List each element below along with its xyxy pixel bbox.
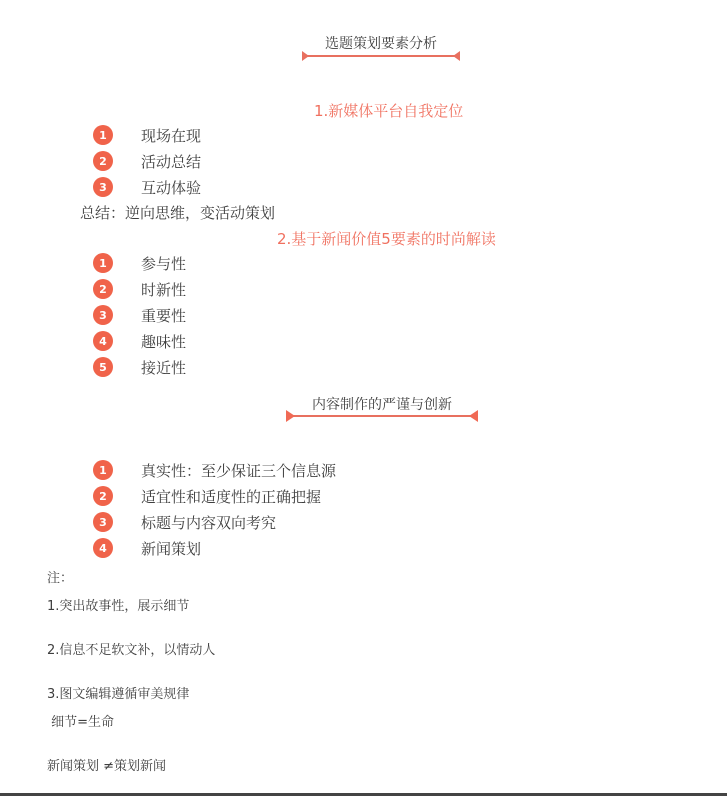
list-item: 3 重要性 (93, 304, 186, 326)
list-item-label: 活动总结 (141, 151, 201, 172)
list-item-label: 现场在现 (141, 125, 201, 146)
list-item: 1 现场在现 (93, 124, 201, 146)
number-badge: 2 (93, 151, 113, 171)
list-item: 4 新闻策划 (93, 537, 201, 559)
list-item: 3 标题与内容双向考究 (93, 511, 276, 533)
subtitle-news-value: 2.基于新闻价值5要素的时尚解读 (277, 228, 496, 249)
number-badge: 1 (93, 253, 113, 273)
list-item: 1 真实性：至少保证三个信息源 (93, 459, 336, 481)
number-badge: 3 (93, 177, 113, 197)
list-item-label: 新闻策划 (141, 538, 201, 559)
subtitle-platform-positioning: 1.新媒体平台自我定位 (314, 100, 463, 121)
section-title-content-production: 内容制作的严谨与创新 (288, 394, 476, 414)
notes-heading: 注： (47, 567, 73, 586)
list-item-label: 趣味性 (141, 331, 186, 352)
arrow-right-icon (469, 410, 478, 422)
note-line: 1.突出故事性，展示细节 (47, 595, 189, 614)
number-badge: 1 (93, 460, 113, 480)
number-badge: 3 (93, 512, 113, 532)
list-item-label: 时新性 (141, 279, 186, 300)
note-line: 新闻策划 ≠策划新闻 (47, 755, 166, 774)
list-item: 3 互动体验 (93, 176, 201, 198)
list-item: 2 活动总结 (93, 150, 201, 172)
list-item-label: 适宜性和适度性的正确把握 (141, 486, 321, 507)
arrow-left-icon (286, 410, 295, 422)
list-item: 1 参与性 (93, 252, 186, 274)
list-item: 5 接近性 (93, 356, 186, 378)
list-item: 2 适宜性和适度性的正确把握 (93, 485, 321, 507)
number-badge: 4 (93, 538, 113, 558)
note-line: 3.图文编辑遵循审美规律 (47, 683, 189, 702)
number-badge: 3 (93, 305, 113, 325)
number-badge: 1 (93, 125, 113, 145)
number-badge: 2 (93, 486, 113, 506)
list-item-label: 真实性：至少保证三个信息源 (141, 460, 336, 481)
note-line: 2.信息不足软文补，以情动人 (47, 639, 215, 658)
summary-text: 总结：逆向思维，变活动策划 (80, 202, 275, 223)
list-item-label: 重要性 (141, 305, 186, 326)
number-badge: 5 (93, 357, 113, 377)
list-item-label: 参与性 (141, 253, 186, 274)
number-badge: 4 (93, 331, 113, 351)
number-badge: 2 (93, 279, 113, 299)
list-item-label: 标题与内容双向考究 (141, 512, 276, 533)
arrow-right-icon (453, 51, 460, 61)
list-item-label: 接近性 (141, 357, 186, 378)
list-item-label: 互动体验 (141, 177, 201, 198)
note-line: 细节=生命 (47, 711, 114, 730)
list-item: 2 时新性 (93, 278, 186, 300)
section-title-topic-planning: 选题策划要素分析 (302, 33, 460, 53)
list-item: 4 趣味性 (93, 330, 186, 352)
arrow-left-icon (302, 51, 309, 61)
